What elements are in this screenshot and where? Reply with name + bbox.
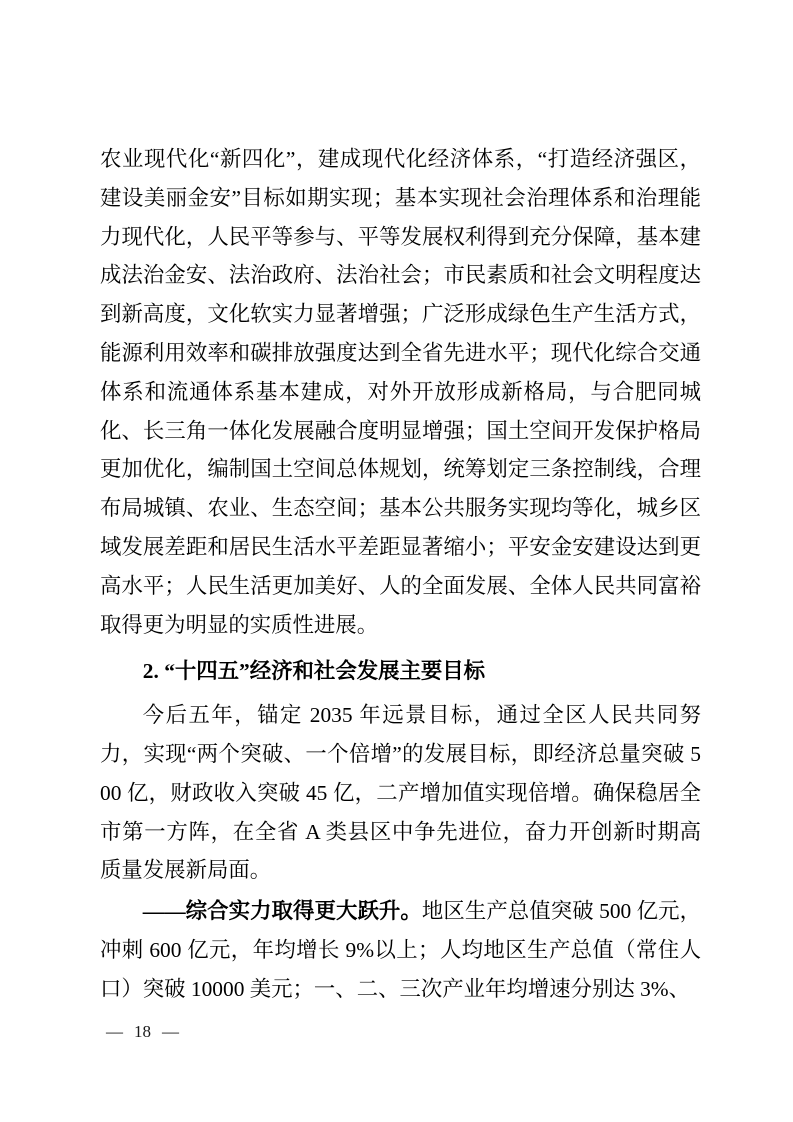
paragraph-continuation: 农业现代化“新四化”，建成现代化经济体系，“打造经济强区，建设美丽金安”目标如期… [100, 140, 701, 644]
footer-right-dash: — [162, 1020, 179, 1044]
footer-left-dash: — [106, 1020, 123, 1044]
paragraph-goals: 今后五年，锚定 2035 年远景目标，通过全区人民共同努力，实现“两个突破、一个… [100, 696, 701, 890]
paragraph-strength: ——综合实力取得更大跃升。地区生产总值突破 500 亿元，冲刺 600 亿元，年… [100, 892, 701, 1008]
section-heading: 2. “十四五”经济和社会发展主要目标 [100, 652, 701, 691]
page-content: 农业现代化“新四化”，建成现代化经济体系，“打造经济强区，建设美丽金安”目标如期… [100, 140, 701, 1009]
page-number-footer: —18— [106, 1020, 179, 1044]
paragraph-strength-lead: ——综合实力取得更大跃升。 [143, 899, 422, 923]
page-number: 18 [134, 1020, 151, 1044]
document-page: 农业现代化“新四化”，建成现代化经济体系，“打造经济强区，建设美丽金安”目标如期… [0, 0, 793, 1122]
